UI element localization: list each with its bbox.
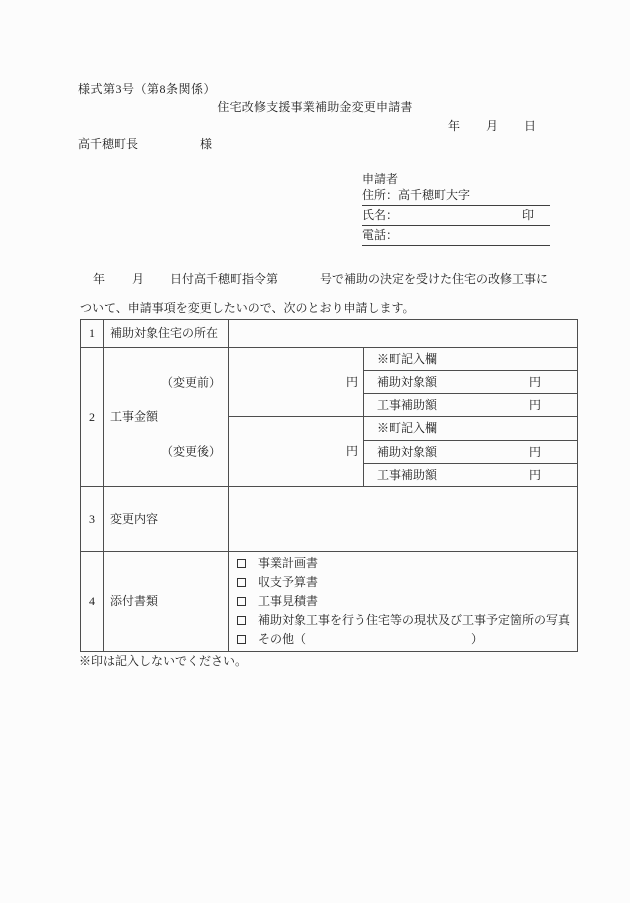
subsidy-target-label: 補助対象額 <box>377 375 437 390</box>
house-location-entry-area <box>229 320 578 348</box>
row1-label: 補助対象住宅の所在 <box>104 320 229 348</box>
before-change-label: （変更前） <box>161 375 221 390</box>
addressee-line: 高千穂町長 様 <box>78 137 212 152</box>
addressee-name: 高千穂町長 <box>78 137 138 152</box>
addressee-honorific: 様 <box>200 137 212 152</box>
form-number: 様式第3号（第8条関係） <box>78 82 216 97</box>
row2-label-cell: 工事金額 （変更前） （変更後） <box>104 348 229 487</box>
construction-subsidy-label: 工事補助額 <box>377 468 437 483</box>
seal-mark: 印 <box>522 208 534 223</box>
row3-label: 変更内容 <box>104 487 229 552</box>
attachment-item: 収支予算書 <box>237 575 577 590</box>
attachment-item-other: その他（ ） <box>237 632 577 647</box>
table-row-cost-before-header: 2 工事金額 （変更前） （変更後） 円 ※町記入欄 <box>81 348 578 371</box>
other-entry-space <box>306 642 471 643</box>
applicant-heading: 申請者 <box>362 174 550 189</box>
subsidy-target-unit: 円 <box>529 445 541 460</box>
page-title: 住宅改修支援事業補助金変更申請書 <box>0 100 630 115</box>
address-label: 住所： <box>362 188 398 203</box>
attachment-label: 収支予算書 <box>258 575 318 590</box>
phone-label: 電話： <box>362 228 398 243</box>
subsidy-target-label: 補助対象額 <box>377 445 437 460</box>
row2-number: 2 <box>81 348 104 487</box>
town-entry-header-before: ※町記入欄 <box>364 348 578 371</box>
applicant-address-row: 住所： 高千穂町大字 <box>362 189 550 206</box>
body-paragraph-line2: ついて、申請事項を変更したいので、次のとおり申請します。 <box>80 301 415 316</box>
body-directive-text: 日付高千穂町指令第 <box>170 272 278 287</box>
after-change-label: （変更後） <box>161 444 221 459</box>
attachment-other-label: その他（ <box>258 632 306 647</box>
applicant-phone-row: 電話： <box>362 226 550 246</box>
construction-subsidy-label: 工事補助額 <box>377 398 437 413</box>
checkbox-icon <box>237 578 246 587</box>
checkbox-icon <box>237 559 246 568</box>
name-label: 氏名： <box>362 208 398 223</box>
address-value: 高千穂町大字 <box>398 188 470 203</box>
checkbox-icon <box>237 635 246 644</box>
attachment-item: 補助対象工事を行う住宅等の現状及び工事予定箇所の写真 <box>237 613 577 628</box>
cost-label: 工事金額 <box>110 410 158 425</box>
table-row-house-location: 1 補助対象住宅の所在 <box>81 320 578 348</box>
table-row-attachments: 4 添付書類 事業計画書 収支予算書 工事見積書 <box>81 552 578 652</box>
construction-subsidy-unit: 円 <box>529 398 541 413</box>
checkbox-icon <box>237 616 246 625</box>
attachment-label: 事業計画書 <box>258 556 318 571</box>
after-amount-entry-cell: 円 <box>229 417 364 487</box>
date-line: 年 月 日 <box>448 119 536 134</box>
date-month-label: 月 <box>486 119 498 134</box>
before-amount-entry-cell: 円 <box>229 348 364 417</box>
change-details-entry-area <box>229 487 578 552</box>
attachment-label: 補助対象工事を行う住宅等の現状及び工事予定箇所の写真 <box>258 613 570 628</box>
attachment-other-close: ） <box>471 632 483 647</box>
attachment-label: 工事見積書 <box>258 594 318 609</box>
footnote: ※印は記入しないでください。 <box>79 654 247 669</box>
row3-number: 3 <box>81 487 104 552</box>
body-month-label: 月 <box>132 272 144 287</box>
construction-subsidy-unit: 円 <box>529 468 541 483</box>
attachment-item: 事業計画書 <box>237 556 577 571</box>
row4-label: 添付書類 <box>104 552 229 652</box>
body-year-label: 年 <box>93 272 105 287</box>
application-table: 1 補助対象住宅の所在 2 工事金額 （変更前） （変更後） 円 ※町記入欄 補… <box>80 319 578 652</box>
row1-number: 1 <box>81 320 104 348</box>
body-paragraph-line1: 年 月 日付高千穂町指令第 号で補助の決定を受けた住宅の改修工事に <box>93 272 548 287</box>
applicant-block: 申請者 住所： 高千穂町大字 氏名： 印 電話： <box>362 174 550 246</box>
date-year-label: 年 <box>448 119 460 134</box>
body-rest-text: 号で補助の決定を受けた住宅の改修工事に <box>320 272 548 287</box>
application-form-page: 様式第3号（第8条関係） 住宅改修支援事業補助金変更申請書 年 月 日 高千穂町… <box>0 0 630 903</box>
date-day-label: 日 <box>524 119 536 134</box>
attachments-list-cell: 事業計画書 収支予算書 工事見積書 補助対象工事を行う住宅等の現状及び工事予定箇… <box>229 552 578 652</box>
town-entry-header-after: ※町記入欄 <box>364 417 578 441</box>
applicant-name-row: 氏名： 印 <box>362 206 550 226</box>
row4-number: 4 <box>81 552 104 652</box>
attachment-item: 工事見積書 <box>237 594 577 609</box>
table-row-change-details: 3 変更内容 <box>81 487 578 552</box>
subsidy-target-unit: 円 <box>529 375 541 390</box>
checkbox-icon <box>237 597 246 606</box>
